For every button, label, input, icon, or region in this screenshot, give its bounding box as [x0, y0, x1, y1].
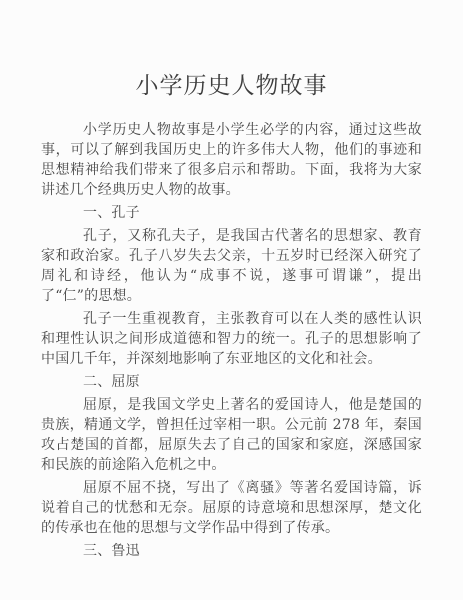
section-heading: 三、鲁迅	[41, 541, 422, 561]
document-body: 小学历史人物故事是小学生必学的内容，通过这些故事，可以了解到我国历史上的许多伟大…	[41, 120, 422, 561]
document-title: 小学历史人物故事	[41, 72, 422, 100]
body-paragraph: 孔子一生重视教育，主张教育可以在人类的感性认识和理性认识之间形成道德和智力的统一…	[41, 309, 422, 369]
body-paragraph: 小学历史人物故事是小学生必学的内容，通过这些故事，可以了解到我国历史上的许多伟大…	[41, 120, 422, 200]
section-heading: 一、孔子	[41, 203, 422, 223]
document-page: 小学历史人物故事 小学历史人物故事是小学生必学的内容，通过这些故事，可以了解到我…	[0, 0, 463, 600]
body-paragraph: 孔子，又称孔夫子，是我国古代著名的思想家、教育家和政治家。孔子八岁失去父亲，十五…	[41, 226, 422, 306]
body-paragraph: 屈原，是我国文学史上著名的爱国诗人，他是楚国的贵族，精通文学，曾担任过宰相一职。…	[41, 395, 422, 475]
section-heading: 二、屈原	[41, 372, 422, 392]
body-paragraph: 屈原不屈不挠，写出了《离骚》等著名爱国诗篇，诉说着自己的忧愁和无奈。屈原的诗意境…	[41, 478, 422, 538]
